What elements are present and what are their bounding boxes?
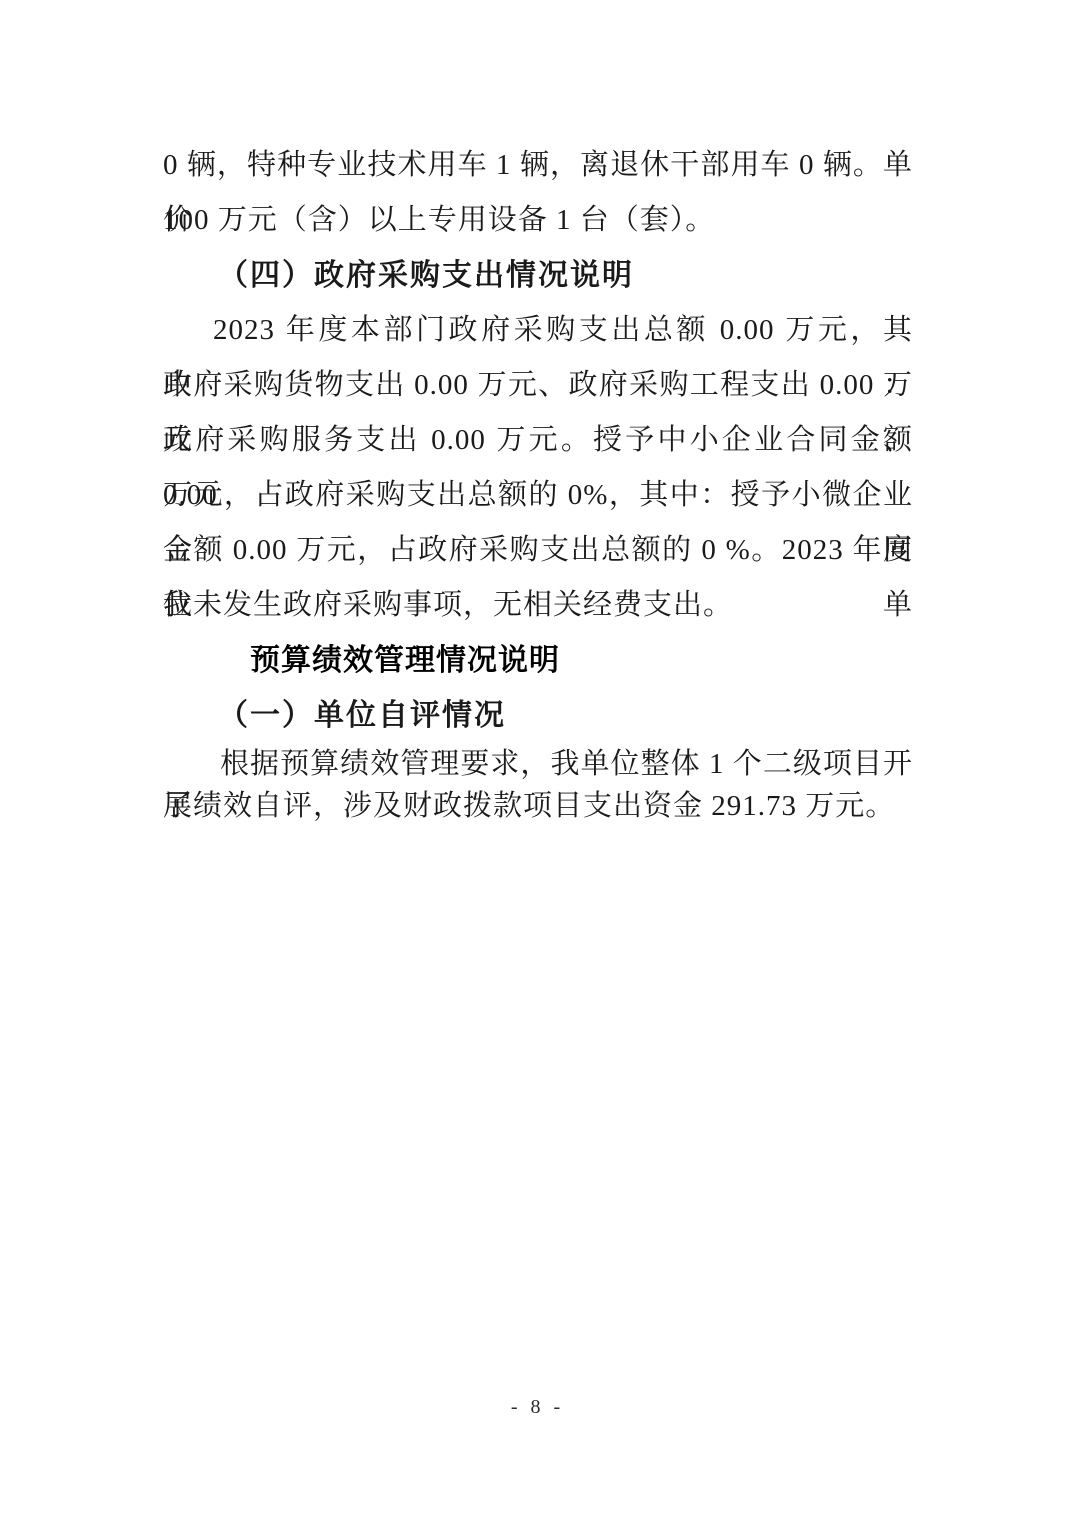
- page-body: 0 辆，特种专业技术用车 1 辆，离退休干部用车 0 辆。单价 100 万元（含…: [163, 138, 913, 827]
- body-line-procurement-2: 政府采购货物支出 0.00 万元、政府采购工程支出 0.00 万元、: [163, 358, 913, 413]
- body-line-procurement-3: 政府采购服务支出 0.00 万元。授予中小企业合同金额 0.00: [163, 413, 913, 468]
- body-line-vehicles-1: 0 辆，特种专业技术用车 1 辆，离退休干部用车 0 辆。单价: [163, 138, 913, 193]
- body-line-procurement-5: 金额 0.00 万元，占政府采购支出总额的 0 %。2023 年度我单: [163, 523, 913, 578]
- body-line-procurement-1: 2023 年度本部门政府采购支出总额 0.00 万元，其中：: [163, 303, 913, 358]
- page-number: - 8 -: [0, 1396, 1075, 1419]
- body-line-self-evaluation-2: 了绩效自评，涉及财政拨款项目支出资金 291.73 万元。: [163, 785, 913, 827]
- body-line-self-evaluation-1: 根据预算绩效管理要求，我单位整体 1 个二级项目开展: [163, 743, 913, 785]
- body-line-vehicles-2: 100 万元（含）以上专用设备 1 台（套）。: [163, 193, 913, 248]
- document-page: 0 辆，特种专业技术用车 1 辆，离退休干部用车 0 辆。单价 100 万元（含…: [0, 0, 1075, 1520]
- subsection-heading-self-evaluation: （一）单位自评情况: [163, 688, 913, 743]
- section-heading-budget-performance: 预算绩效管理情况说明: [163, 633, 913, 688]
- section-heading-government-procurement: （四）政府采购支出情况说明: [163, 248, 913, 303]
- body-line-procurement-4: 万元，占政府采购支出总额的 0%，其中：授予小微企业合同: [163, 468, 913, 523]
